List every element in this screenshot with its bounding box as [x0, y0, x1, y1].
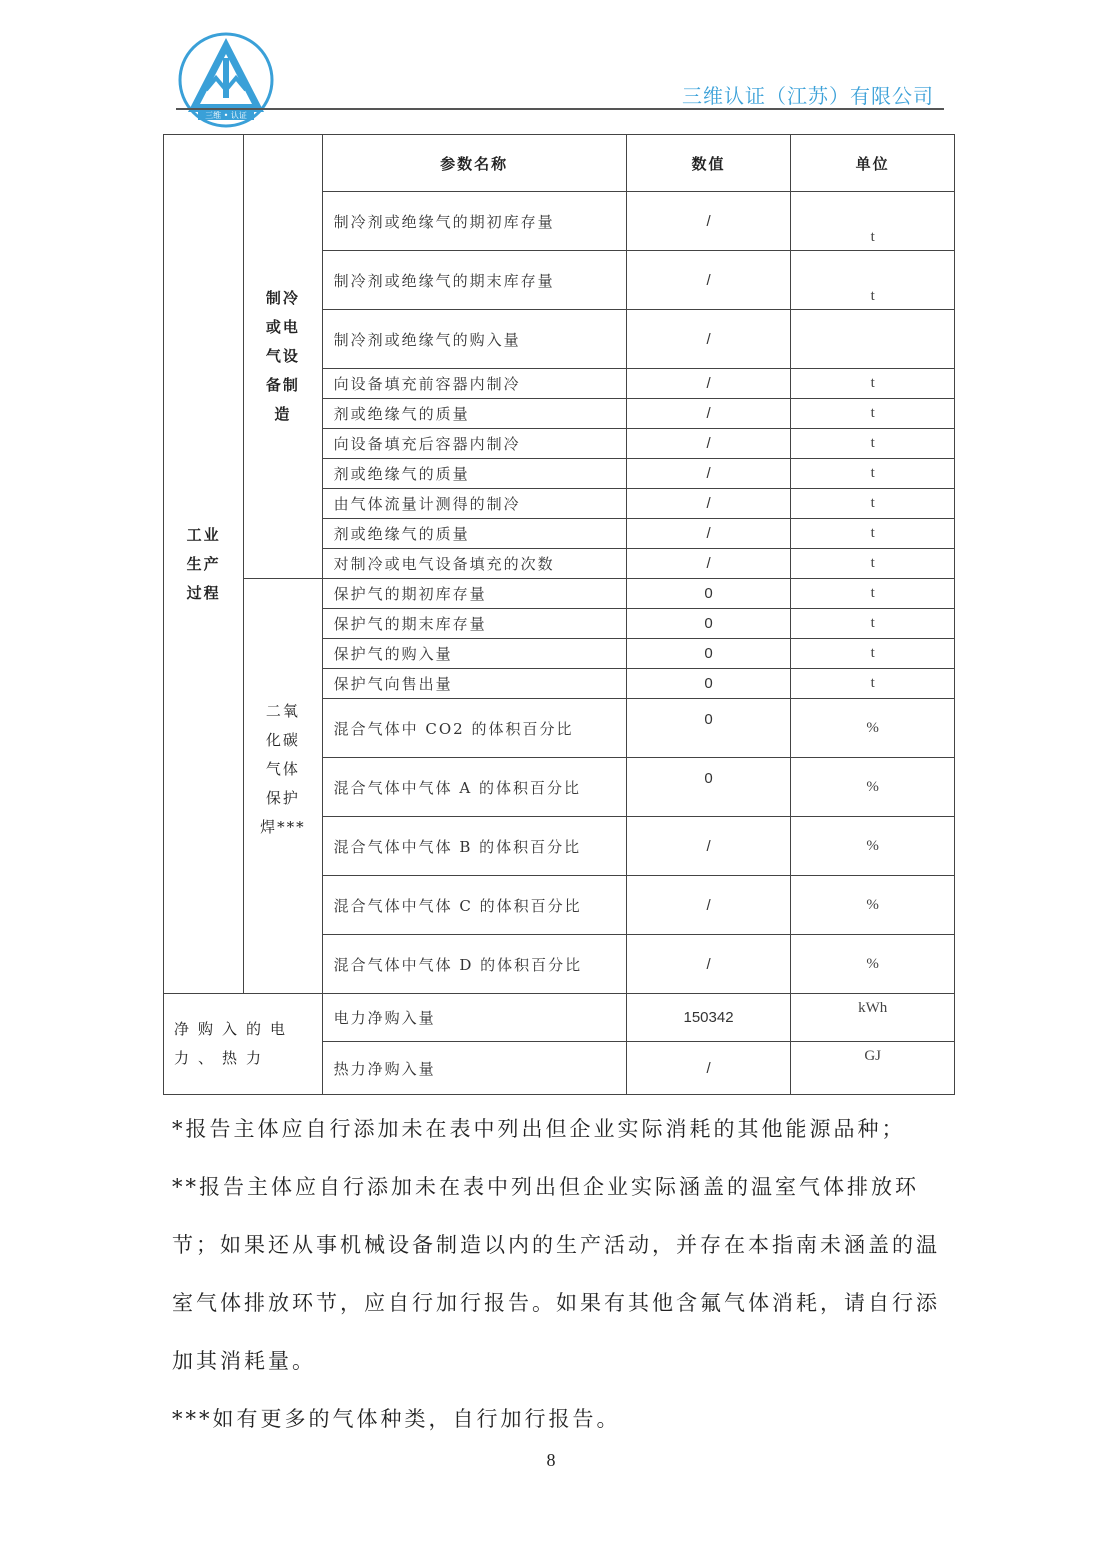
company-name: 三维认证（江苏）有限公司: [682, 80, 934, 109]
category-industrial: 工业生产过程: [164, 135, 244, 994]
col-header-name: 参数名称: [322, 135, 626, 192]
category-co2-welding: 二氧化碳气体保护焊***: [244, 579, 322, 994]
parameter-table: 工业生产过程 制冷或电气设备制造 参数名称 数值 单位 制冷剂或绝缘气的期初库存…: [163, 134, 955, 1095]
footnote-2: **报告主体应自行添加未在表中列出但企业实际涵盖的温室气体排放环节；如果还从事机…: [172, 1158, 952, 1390]
category-net-purchase: 净购入的电力、热力: [164, 994, 323, 1095]
company-logo-icon: 三维 • 认证: [172, 28, 280, 132]
table-row: 二氧化碳气体保护焊*** 保护气的期初库存量 0 t: [164, 579, 955, 609]
footnotes: *报告主体应自行添加未在表中列出但企业实际消耗的其他能源品种； **报告主体应自…: [172, 1100, 952, 1448]
footnote-3: ***如有更多的气体种类，自行加行报告。: [172, 1390, 952, 1448]
category-refrigerant: 制冷或电气设备制造: [244, 135, 322, 579]
table-header-row: 工业生产过程 制冷或电气设备制造 参数名称 数值 单位: [164, 135, 955, 192]
page-number: 8: [0, 1450, 1102, 1471]
footnote-1: *报告主体应自行添加未在表中列出但企业实际消耗的其他能源品种；: [172, 1100, 952, 1158]
col-header-value: 数值: [626, 135, 791, 192]
col-header-unit: 单位: [791, 135, 955, 192]
header-divider: [176, 108, 944, 110]
table-row: 净购入的电力、热力 电力净购入量 150342 kWh: [164, 994, 955, 1042]
svg-text:三维 • 认证: 三维 • 认证: [205, 110, 247, 120]
